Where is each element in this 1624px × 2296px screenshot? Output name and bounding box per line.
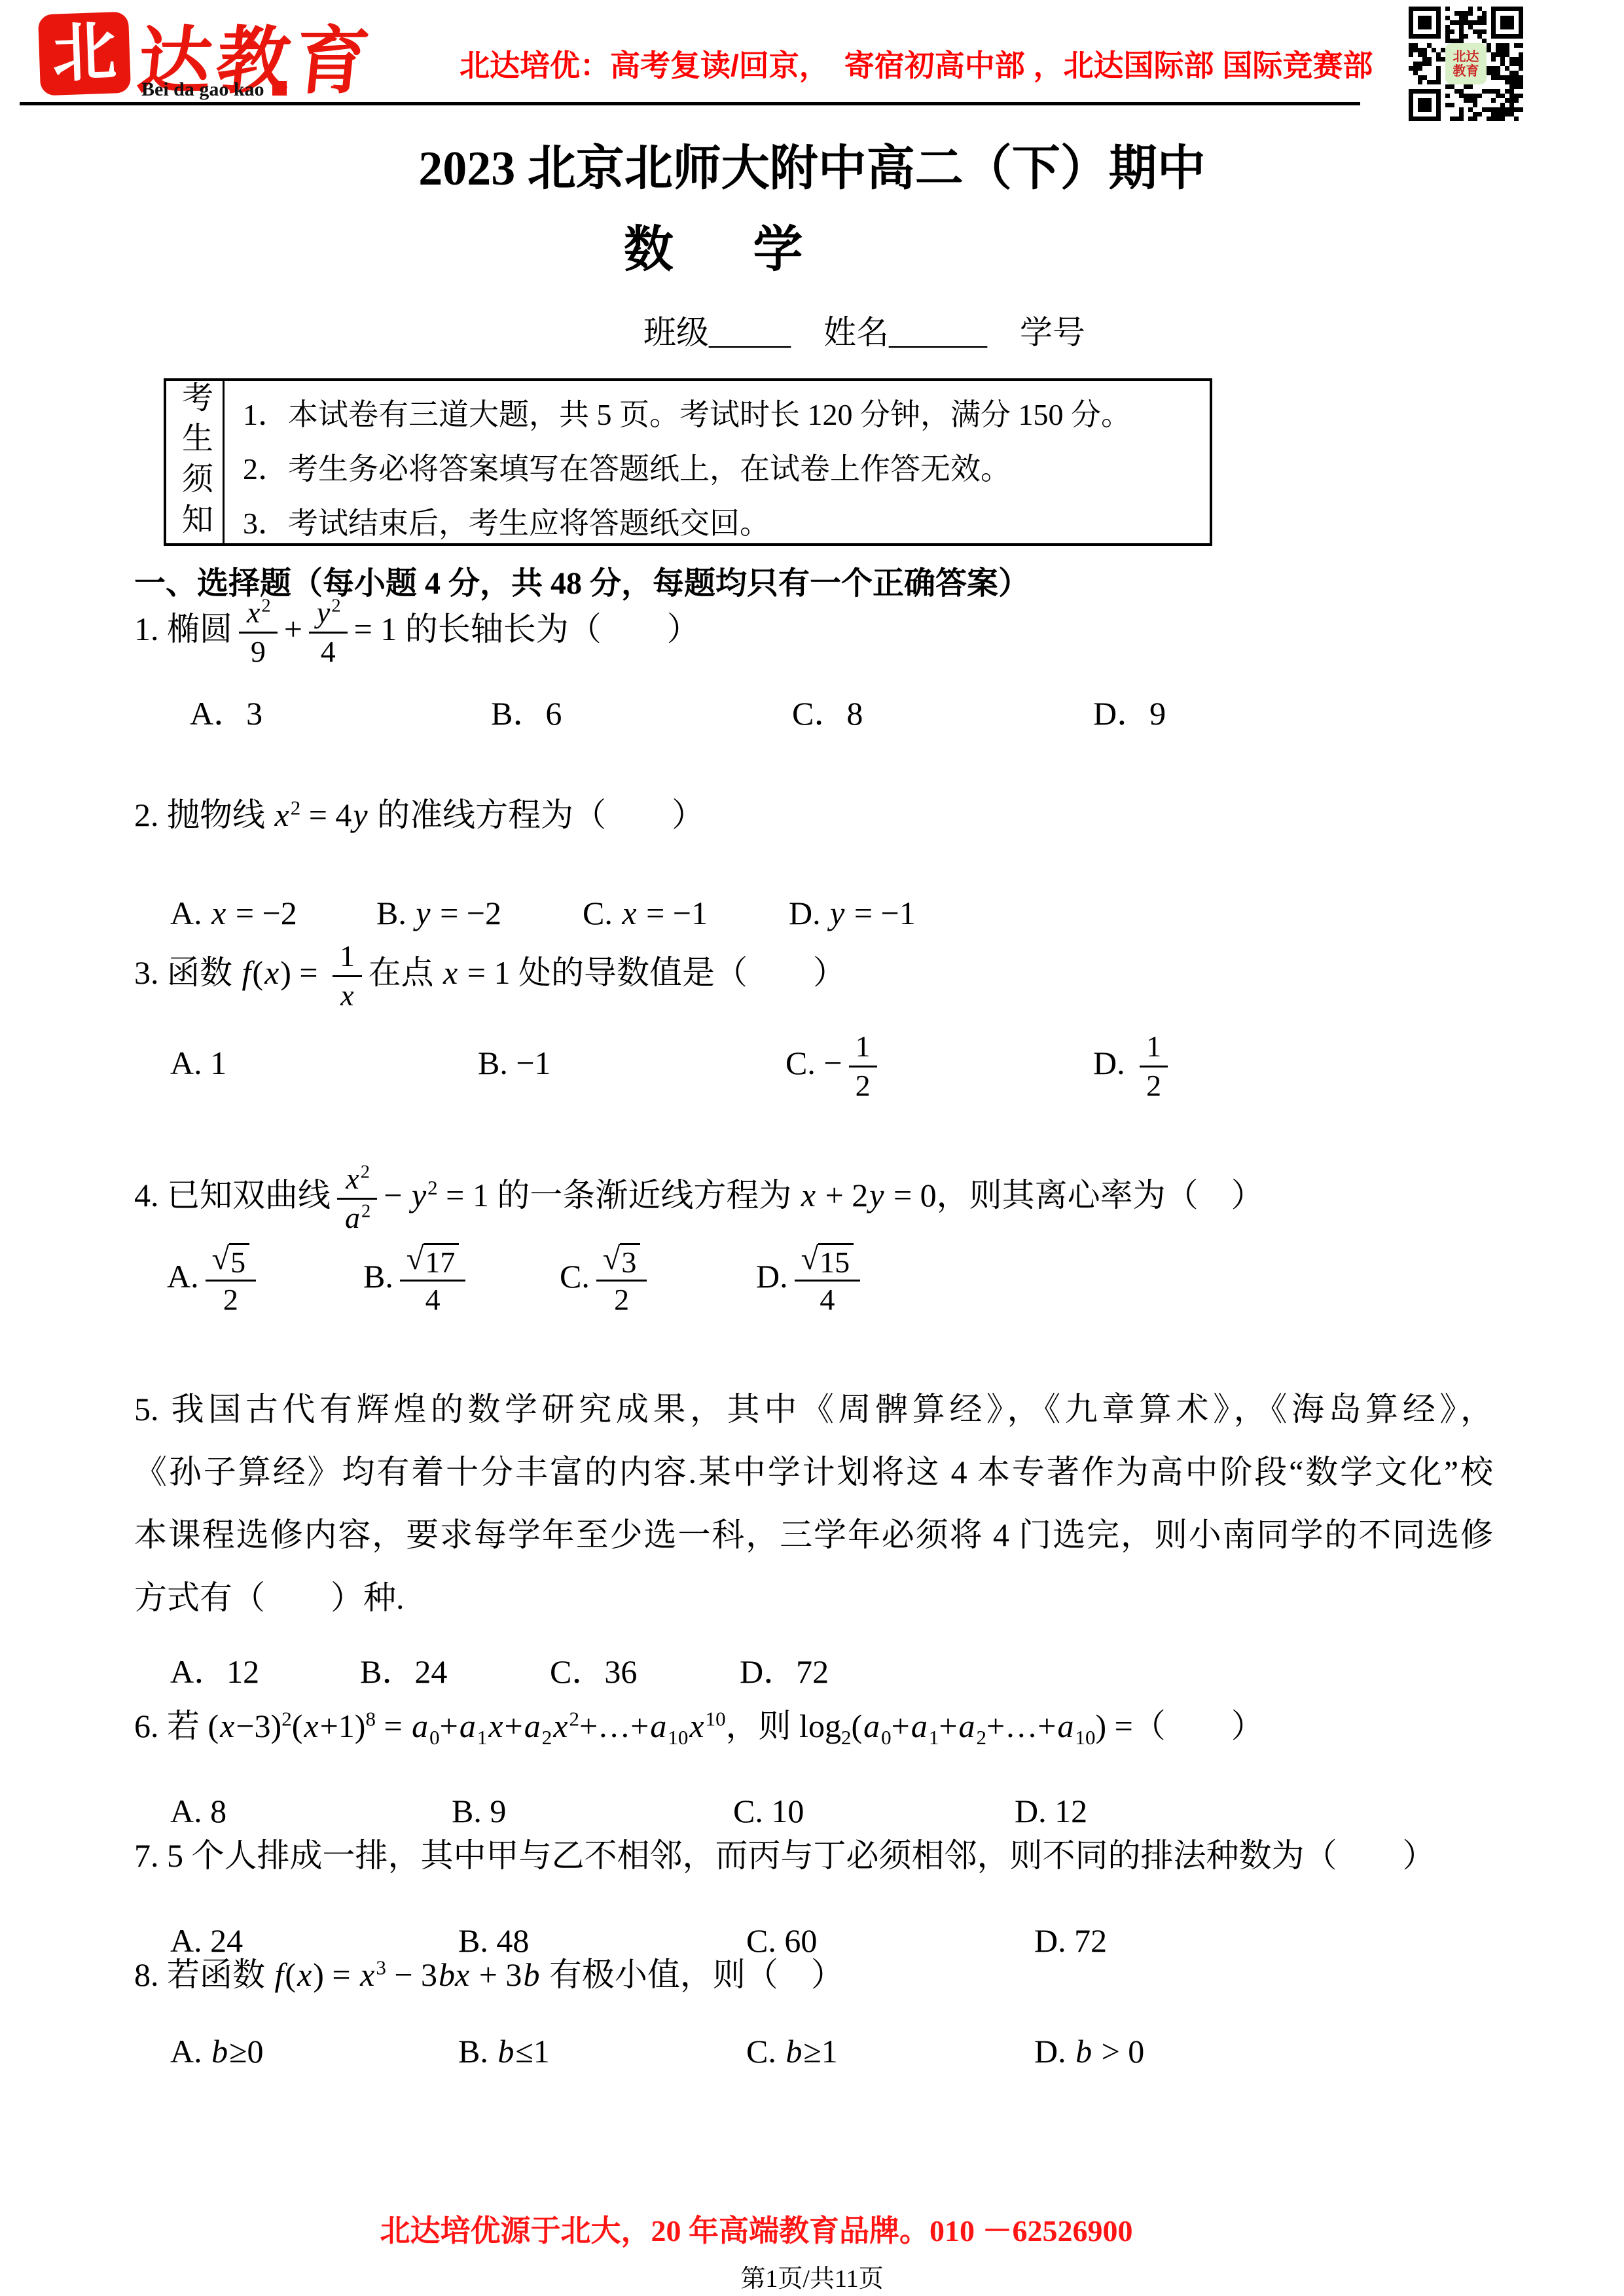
qr-module <box>1468 7 1473 11</box>
question-1-line-1: 1. 椭圆x29+y24= 1 的长轴长为（ ） <box>134 596 1493 670</box>
qr-module <box>1436 80 1441 84</box>
math-segment: a <box>523 1708 542 1744</box>
question-8-options: A. b≥0B. b≤1C. b≥1D. b > 0 <box>134 2027 1493 2076</box>
math-segment: C．36 <box>550 1653 637 1690</box>
math-segment: 1x <box>333 939 361 1013</box>
math-segment: 2 <box>841 1726 852 1749</box>
question-7: 7. 5 个人排成一排，其中甲与乙不相邻，而丙与丁必须相邻，则不同的排法种数为（… <box>134 1831 1493 1965</box>
question-4: 4. 已知双曲线x2a2− y2 = 1 的一条渐近线方程为 x + 2y = … <box>134 1162 1493 1318</box>
math-segment: ≥0 <box>229 2033 263 2070</box>
math-segment: > 0 <box>1093 2033 1144 2070</box>
math-segment: 6. 若 ( <box>134 1708 219 1744</box>
qr-module <box>1514 43 1519 48</box>
math-segment: 本课程选修内容，要求每学年至少选一科，三学年必须将 4 门选完，则小南同学的不同… <box>134 1516 1493 1553</box>
qr-module <box>1445 16 1450 20</box>
math-segment: 8. 若函数 <box>134 1956 274 1993</box>
qr-module <box>1487 107 1491 112</box>
math-segment: x <box>274 797 291 833</box>
qr-module <box>1514 75 1519 80</box>
math-segment: + <box>505 1708 523 1744</box>
qr-module <box>1514 71 1519 75</box>
math-segment: y <box>868 1177 885 1213</box>
qr-module <box>1450 39 1454 43</box>
qr-module <box>1468 94 1473 98</box>
question-5-option-B: B．24 <box>360 1647 550 1696</box>
qr-module <box>1464 94 1468 98</box>
question-4-option-A: A.√52 <box>167 1242 363 1318</box>
math-segment: + 2 <box>817 1177 868 1213</box>
question-4-option-C: C.√32 <box>560 1242 756 1318</box>
qr-module <box>1491 98 1496 103</box>
math-segment: ) = <box>313 1956 359 1993</box>
math-segment: ( <box>292 1708 303 1744</box>
qr-module <box>1450 84 1454 89</box>
math-segment: ) =（ ） <box>1095 1708 1263 1744</box>
math-segment: x <box>302 1708 319 1744</box>
qr-module <box>1514 62 1519 66</box>
math-segment: −3) <box>236 1708 281 1744</box>
math-segment: − 3 <box>386 1956 437 1993</box>
question-2-options: A. x = −2B. y = −2C. x = −1D. y = −1 <box>134 889 1493 938</box>
logo-latin-label: Bei da gao kao <box>141 79 264 100</box>
math-segment: = 1 的一条渐近线方程为 <box>438 1177 800 1213</box>
math-segment: A. 1 <box>170 1045 226 1081</box>
qr-module <box>1418 52 1422 57</box>
qr-module <box>1418 66 1422 71</box>
qr-module <box>1500 48 1505 52</box>
question-6-option-D: D. 12 <box>1015 1787 1296 1836</box>
math-segment: 4. 已知双曲线 <box>134 1177 331 1213</box>
qr-module <box>1473 98 1477 103</box>
qr-module <box>1482 11 1487 16</box>
qr-module <box>1422 48 1427 52</box>
qr-module <box>1468 25 1473 29</box>
qr-module <box>1427 43 1432 48</box>
qr-module <box>1491 66 1496 71</box>
math-segment: C. <box>746 2033 784 2070</box>
qr-module <box>1519 80 1523 84</box>
question-3-option-D: D. 12 <box>1093 1030 1401 1103</box>
math-segment: 8 <box>365 1707 376 1730</box>
qr-module <box>1519 57 1523 62</box>
math-segment: ≥1 <box>803 2033 837 2070</box>
math-segment: D．9 <box>1093 695 1166 732</box>
math-segment: y <box>352 797 369 833</box>
math-segment: ( <box>252 954 263 991</box>
qr-module <box>1500 117 1505 121</box>
math-segment: A. <box>167 1258 199 1295</box>
qr-module <box>1473 94 1477 98</box>
qr-module <box>1445 25 1450 29</box>
qr-module <box>1436 75 1441 80</box>
qr-module <box>1454 39 1459 43</box>
math-segment: 2 <box>291 796 301 819</box>
qr-module <box>1482 39 1487 43</box>
math-segment: x <box>245 596 261 629</box>
qr-module <box>1427 62 1432 66</box>
math-segment: √5 <box>212 1243 250 1278</box>
qr-module <box>1514 107 1519 112</box>
question-2-line-1: 2. 抛物线 x2 = 4y 的准线方程为（ ） <box>134 791 1493 840</box>
math-segment: 2 <box>281 1707 292 1730</box>
math-segment: B. <box>363 1258 393 1295</box>
math-segment: 2 <box>331 596 340 617</box>
qr-module <box>1459 25 1464 29</box>
notice-item-1: 1．本试卷有三道大题，共 5 页。考试时长 120 分钟，满分 150 分。 <box>243 387 1210 442</box>
qr-module <box>1459 112 1464 117</box>
math-segment: a <box>958 1708 977 1744</box>
qr-module <box>1413 62 1418 66</box>
qr-module <box>1519 107 1523 112</box>
question-4-line-1: 4. 已知双曲线x2a2− y2 = 1 的一条渐近线方程为 x + 2y = … <box>134 1162 1493 1236</box>
qr-module <box>1459 94 1464 98</box>
math-segment: C. <box>583 895 621 931</box>
qr-module <box>1441 57 1445 62</box>
math-segment: 15 <box>820 1246 850 1279</box>
question-3: 3. 函数 f(x) = 1x在点 x = 1 处的导数值是（ ）A. 1B. … <box>134 939 1493 1103</box>
qr-module <box>1505 43 1509 48</box>
question-6-options: A. 8B. 9C. 10D. 12 <box>134 1787 1493 1836</box>
qr-module <box>1473 20 1477 25</box>
question-4-option-B: B.√174 <box>363 1242 560 1318</box>
qr-module <box>1409 52 1413 57</box>
qr-module <box>1464 16 1468 20</box>
math-segment: A．3 <box>190 695 262 732</box>
math-segment: + <box>440 1708 458 1744</box>
qr-module <box>1477 29 1482 34</box>
qr-module <box>1491 75 1496 80</box>
question-3-line-1: 3. 函数 f(x) = 1x在点 x = 1 处的导数值是（ ） <box>134 939 1493 1013</box>
qr-module <box>1514 98 1519 103</box>
qr-module <box>1500 103 1505 107</box>
qr-module <box>1422 75 1427 80</box>
math-segment: +…+ <box>579 1708 649 1744</box>
math-segment: 2 <box>261 596 270 617</box>
math-segment: D. <box>756 1258 788 1295</box>
qr-module <box>1432 80 1436 84</box>
qr-module <box>1477 94 1482 98</box>
qr-module <box>1454 20 1459 25</box>
qr-module <box>1500 57 1505 62</box>
qr-module <box>1509 80 1514 84</box>
qr-module <box>1409 48 1413 52</box>
math-segment: +…+ <box>986 1708 1056 1744</box>
math-segment: + <box>939 1708 957 1744</box>
math-segment: 1 <box>929 1726 939 1749</box>
math-segment: 2 <box>1146 1069 1161 1102</box>
question-1-option-B: B．6 <box>491 689 792 738</box>
math-segment: 3 <box>621 1246 636 1279</box>
math-segment: C．8 <box>792 695 863 732</box>
question-6-option-C: C. 10 <box>733 1787 1015 1836</box>
notice-item-2: 2．考生务必将答案填写在答题纸上，在试卷上作答无效。 <box>243 442 1210 496</box>
qr-module <box>1505 75 1509 80</box>
question-1-options: A．3B．6C．8D．9 <box>134 689 1493 738</box>
math-segment: x <box>552 1708 569 1744</box>
qr-module <box>1500 107 1505 112</box>
qr-module <box>1418 62 1422 66</box>
math-segment: C. − <box>785 1045 842 1081</box>
qr-module <box>1505 89 1509 94</box>
qr-module <box>1464 98 1468 103</box>
qr-module <box>1454 89 1459 94</box>
qr-module <box>1464 11 1468 16</box>
math-segment: 10 <box>1075 1726 1095 1749</box>
math-segment: x <box>219 1708 236 1744</box>
qr-module <box>1496 48 1500 52</box>
math-segment: a <box>649 1708 668 1744</box>
math-segment: 17 <box>425 1246 455 1279</box>
qr-module <box>1445 103 1450 107</box>
math-segment: − <box>384 1177 410 1213</box>
qr-module <box>1496 75 1500 80</box>
math-segment: ( <box>285 1956 296 1993</box>
math-segment: = 0，则其离心率为（ ） <box>885 1177 1263 1213</box>
qr-module <box>1509 71 1514 75</box>
math-segment: x <box>296 1956 313 1993</box>
question-6-option-A: A. 8 <box>170 1787 452 1836</box>
math-segment: y <box>316 596 331 629</box>
qr-module <box>1459 29 1464 34</box>
header-slogan: 北达培优：高考复读/回京， 寄宿初高中部 ，北达国际部 国际竞赛部 <box>460 42 1373 85</box>
math-segment: 3. 函数 <box>134 954 241 991</box>
qr-module <box>1491 57 1496 62</box>
math-segment: 7. 5 个人排成一排，其中甲与乙不相邻，而丙与丁必须相邻，则不同的排法种数为（… <box>134 1837 1435 1874</box>
math-segment: y24 <box>309 596 348 670</box>
qr-module <box>1509 112 1514 117</box>
math-segment: x <box>359 1956 376 1993</box>
qr-module <box>1505 52 1509 57</box>
math-segment: b <box>210 2033 229 2070</box>
qr-module <box>1509 75 1514 80</box>
qr-code: 北达 教育 <box>1409 7 1523 121</box>
math-segment: x29 <box>239 596 278 670</box>
question-5-option-A: A．12 <box>170 1647 360 1696</box>
math-segment: y <box>414 895 431 931</box>
qr-module <box>1496 107 1500 112</box>
qr-module <box>1500 62 1505 66</box>
question-5-line-4: 方式有（ ）种. <box>134 1566 1493 1629</box>
qr-module <box>1496 117 1500 121</box>
subject-title: 数学 <box>0 209 1565 281</box>
math-segment: √17 <box>406 1243 460 1278</box>
math-segment: B．24 <box>360 1653 447 1690</box>
qr-module <box>1477 7 1482 11</box>
qr-module <box>1477 34 1482 39</box>
math-segment: ，则 log <box>726 1708 841 1744</box>
question-1-option-C: C．8 <box>792 689 1093 738</box>
qr-module <box>1450 29 1454 34</box>
math-segment: a <box>910 1708 929 1744</box>
math-segment: 9 <box>251 635 266 668</box>
question-8-line-1: 8. 若函数 f(x) = x3 − 3bx + 3b 有极小值，则（ ） <box>134 1950 1493 2000</box>
math-segment: b <box>1074 2033 1093 2070</box>
qr-module <box>1509 84 1514 89</box>
math-segment: √15 <box>801 1243 854 1278</box>
qr-module <box>1468 117 1473 121</box>
math-segment: 《孙子算经》均有着十分丰富的内容.某中学计划将这 4 本专著作为高中阶段“数学文… <box>134 1454 1493 1490</box>
logo-seal-icon: 北 <box>38 12 131 96</box>
qr-module <box>1482 107 1487 112</box>
qr-module <box>1445 94 1450 98</box>
math-segment: 12 <box>1140 1030 1168 1103</box>
qr-module <box>1509 62 1514 66</box>
qr-module <box>1418 75 1422 80</box>
qr-module <box>1487 48 1491 52</box>
math-segment: √3 <box>603 1243 641 1278</box>
qr-module <box>1468 84 1473 89</box>
page-number: 第1页/共11页 <box>0 2258 1624 2294</box>
question-4-option-D: D.√154 <box>756 1242 952 1318</box>
qr-module <box>1519 52 1523 57</box>
qr-module <box>1459 16 1464 20</box>
math-segment: = −2 <box>432 895 501 931</box>
math-segment: A．12 <box>170 1653 259 1690</box>
qr-module <box>1519 43 1523 48</box>
math-segment: A. <box>170 2033 210 2070</box>
math-segment: 0 <box>881 1726 892 1749</box>
math-segment: = 1 处的导数值是（ ） <box>459 954 846 991</box>
math-segment: = 4 <box>300 797 352 833</box>
qr-module <box>1482 29 1487 34</box>
qr-module <box>1436 52 1441 57</box>
qr-module <box>1459 117 1464 121</box>
qr-module <box>1509 57 1514 62</box>
qr-module <box>1500 94 1505 98</box>
math-segment: 1 <box>856 1030 871 1063</box>
math-segment: √154 <box>795 1242 861 1318</box>
logo: 北 达教育 Bei da gao kao <box>39 9 406 107</box>
math-segment: 的准线方程为（ ） <box>369 797 705 833</box>
qr-module <box>1464 84 1468 89</box>
qr-module <box>1409 43 1413 48</box>
qr-module <box>1509 98 1514 103</box>
math-segment: A. <box>170 895 210 931</box>
math-segment: x <box>344 1162 360 1195</box>
question-2-option-B: B. y = −2 <box>376 889 583 938</box>
question-5-option-D: D．72 <box>740 1647 929 1696</box>
math-segment: 2 <box>427 1176 438 1199</box>
question-4-options: A.√52B.√174C.√32D.√154 <box>134 1242 1493 1318</box>
question-6: 6. 若 (x−3)2(x+1)8 = a0+a1x+a2x2+…+a10x10… <box>134 1702 1493 1836</box>
student-info-line: 班级_____ 姓名______ 学号 <box>52 306 1624 353</box>
question-2: 2. 抛物线 x2 = 4y 的准线方程为（ ）A. x = −2B. y = … <box>134 791 1493 938</box>
question-7-line-1: 7. 5 个人排成一排，其中甲与乙不相邻，而丙与丁必须相邻，则不同的排法种数为（… <box>134 1831 1493 1880</box>
math-segment: D. 12 <box>1015 1793 1087 1829</box>
qr-module <box>1450 103 1454 107</box>
math-segment: x <box>442 954 459 991</box>
qr-module <box>1496 89 1500 94</box>
qr-module <box>1505 112 1509 117</box>
footer-promo: 北达培优源于北大，20 年高端教育品牌。010 －62526900 <box>0 2207 1568 2250</box>
math-segment: 1 <box>1146 1030 1161 1063</box>
qr-module <box>1514 80 1519 84</box>
qr-module <box>1409 66 1413 71</box>
math-segment: 4 <box>321 635 336 668</box>
qr-module <box>1519 62 1523 66</box>
qr-module <box>1459 20 1464 25</box>
math-segment: √52 <box>206 1242 257 1318</box>
notice-body: 1．本试卷有三道大题，共 5 页。考试时长 120 分钟，满分 150 分。 2… <box>225 381 1210 543</box>
math-segment: + 3 <box>471 1956 522 1993</box>
qr-module <box>1491 112 1496 117</box>
qr-module <box>1487 117 1491 121</box>
math-segment: 12 <box>849 1030 877 1103</box>
math-segment: 10 <box>706 1707 726 1730</box>
math-segment: B. <box>458 2033 496 2070</box>
math-segment: 4 <box>820 1283 835 1316</box>
qr-badge-line1: 北达 <box>1453 50 1479 64</box>
qr-module <box>1496 71 1500 75</box>
qr-module <box>1519 84 1523 89</box>
math-segment: a <box>862 1708 881 1744</box>
math-segment: a <box>344 1201 361 1234</box>
math-segment: 2 <box>542 1726 552 1749</box>
math-segment: f <box>274 1956 285 1993</box>
qr-module <box>1509 89 1514 94</box>
math-segment: +1) <box>320 1708 366 1744</box>
math-segment: + <box>284 611 302 647</box>
qr-module <box>1445 7 1450 11</box>
qr-module <box>1441 48 1445 52</box>
question-8-option-C: C. b≥1 <box>746 2027 1034 2076</box>
qr-center-badge: 北达 教育 <box>1445 43 1487 84</box>
qr-module <box>1468 11 1473 16</box>
header-divider <box>20 102 1360 105</box>
page-title: 2023 北京北师大附中高二（下）期中 <box>0 130 1624 199</box>
math-segment: 4 <box>425 1283 441 1316</box>
qr-module <box>1445 39 1450 43</box>
math-segment: 1 <box>340 939 355 973</box>
qr-module <box>1445 34 1450 39</box>
qr-module <box>1496 112 1500 117</box>
qr-module <box>1422 52 1427 57</box>
qr-module <box>1418 80 1422 84</box>
qr-module <box>1477 112 1482 117</box>
qr-finder-pattern <box>1491 7 1523 39</box>
math-segment: C. <box>560 1258 590 1295</box>
math-segment: 2 <box>223 1283 238 1316</box>
qr-module <box>1432 48 1436 52</box>
qr-module <box>1473 29 1477 34</box>
math-segment: 有极小值，则（ ） <box>541 1956 844 1993</box>
math-segment: 3 <box>376 1956 386 1979</box>
question-8: 8. 若函数 f(x) = x3 − 3bx + 3b 有极小值，则（ ）A. … <box>134 1950 1493 2076</box>
qr-module <box>1464 20 1468 25</box>
qr-module <box>1445 84 1450 89</box>
math-segment: = −2 <box>227 895 297 931</box>
qr-module <box>1418 48 1422 52</box>
qr-module <box>1482 16 1487 20</box>
math-segment: 2 <box>614 1283 629 1316</box>
qr-module <box>1519 75 1523 80</box>
qr-module <box>1500 52 1505 57</box>
math-segment: x <box>210 895 227 931</box>
qr-module <box>1427 57 1432 62</box>
qr-module <box>1509 107 1514 112</box>
qr-module <box>1436 71 1441 75</box>
math-segment: D. <box>1034 2033 1074 2070</box>
math-segment: 2 <box>977 1726 987 1749</box>
math-segment: b <box>496 2033 515 2070</box>
question-5-option-C: C．36 <box>550 1647 740 1696</box>
qr-module <box>1477 20 1482 25</box>
math-segment: x <box>621 895 638 931</box>
qr-module <box>1500 112 1505 117</box>
qr-module <box>1505 98 1509 103</box>
math-segment: 5 <box>230 1246 245 1279</box>
qr-module <box>1459 11 1464 16</box>
